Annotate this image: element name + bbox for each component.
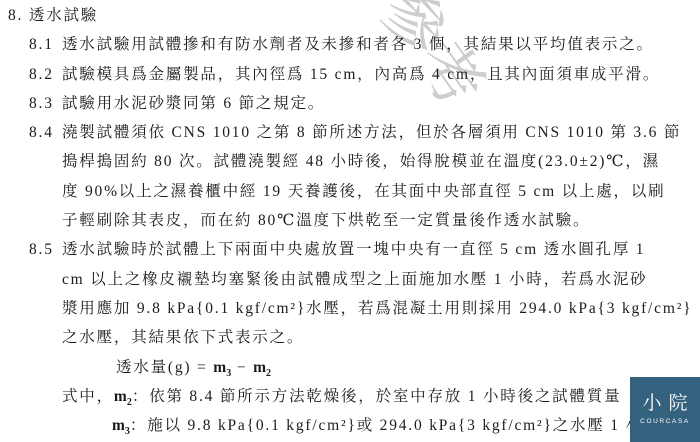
doc-line: 搗桿搗固約 80 次。試體澆製經 48 小時後，始得脫模並在溫度(23.0±2)… (62, 147, 681, 176)
m2-variable: m (114, 388, 127, 405)
permeability-formula: 透水量(g) = m3 − m2 (116, 353, 692, 382)
section-heading: 8. 透水試驗 (8, 1, 692, 30)
doc-line: 之水壓，其結果依下式表示之。 (62, 323, 692, 352)
doc-line: 試驗模具爲金屬製品，其內徑爲 15 cm，內高爲 4 cm，且其內面須車成平滑。 (62, 60, 660, 89)
doc-line: cm 以上之橡皮襯墊均塞緊後由試體成型之上面施加水壓 1 小時，若爲水泥砂 (62, 265, 692, 294)
definition-m3: m3：施以 9.8 kPa{0.1 kgf/cm²}或 294.0 kPa{3 … (112, 411, 692, 440)
courcasa-logo: 小院 COURCASA (630, 377, 700, 442)
clause-number: 8.1 (29, 30, 62, 59)
courcasa-logo-subtitle: COURCASA (640, 417, 690, 427)
formula-m3: m (213, 359, 226, 376)
definition-m2: 式中，m2：依第 8.4 節所示方法乾燥後，於室中存放 1 小時後之試體質量 (62, 382, 692, 411)
doc-line: 試驗用水泥砂漿同第 6 節之規定。 (62, 89, 325, 118)
clause-8-5: 8.5 透水試驗時於試體上下兩面中央處放置一塊中央有一直徑 5 cm 透水圓孔厚… (0, 235, 692, 352)
formula-m2: m (253, 359, 266, 376)
doc-line: 漿用應加 9.8 kPa{0.1 kgf/cm²}水壓，若爲混凝土用則採用 29… (62, 294, 692, 323)
m3-description: 施以 9.8 kPa{0.1 kgf/cm²}或 294.0 kPa{3 kgf… (147, 417, 660, 434)
clause-number: 8.4 (29, 118, 62, 147)
formula-m2-subscript: 2 (266, 368, 271, 379)
clause-8-2: 8.2 試驗模具爲金屬製品，其內徑爲 15 cm，內高爲 4 cm，且其內面須車… (0, 60, 692, 89)
m3-variable: m (112, 417, 125, 434)
clause-8-1: 8.1 透水試驗用試體摻和有防水劑者及未摻和者各 3 個，其結果以平均值表示之。 (0, 30, 692, 59)
doc-line: 透水試驗用試體摻和有防水劑者及未摻和者各 3 個，其結果以平均值表示之。 (62, 30, 654, 59)
clause-number: 8.3 (29, 89, 62, 118)
definition-intro: 式中， (62, 388, 114, 405)
doc-line: 度 90%以上之濕養櫃中經 19 天養護後，在其面中央部直徑 5 cm 以上處，… (62, 177, 681, 206)
m2-colon: ： (132, 388, 149, 405)
document-body: 8. 透水試驗 8.1 透水試驗用試體摻和有防水劑者及未摻和者各 3 個，其結果… (0, 1, 692, 440)
doc-line: 子輕刷除其表皮，而在約 80℃溫度下烘乾至一定質量後作透水試驗。 (62, 206, 681, 235)
formula-minus: − (231, 359, 253, 376)
clause-number: 8.5 (29, 235, 62, 264)
doc-line: 透水試驗時於試體上下兩面中央處放置一塊中央有一直徑 5 cm 透水圓孔厚 1 (62, 235, 692, 264)
clause-number: 8.2 (29, 60, 62, 89)
m3-colon: ： (130, 417, 147, 434)
clause-8-4: 8.4 澆製試體須依 CNS 1010 之第 8 節所述方法，但於各層須用 CN… (0, 118, 692, 235)
formula-lhs: 透水量(g) = (116, 359, 213, 376)
doc-line: 澆製試體須依 CNS 1010 之第 8 節所述方法，但於各層須用 CNS 10… (62, 118, 681, 147)
courcasa-logo-title: 小院 (635, 393, 694, 415)
m2-description: 依第 8.4 節所示方法乾燥後，於室中存放 1 小時後之試體質量 (149, 388, 621, 405)
clause-8-3: 8.3 試驗用水泥砂漿同第 6 節之規定。 (0, 89, 692, 118)
